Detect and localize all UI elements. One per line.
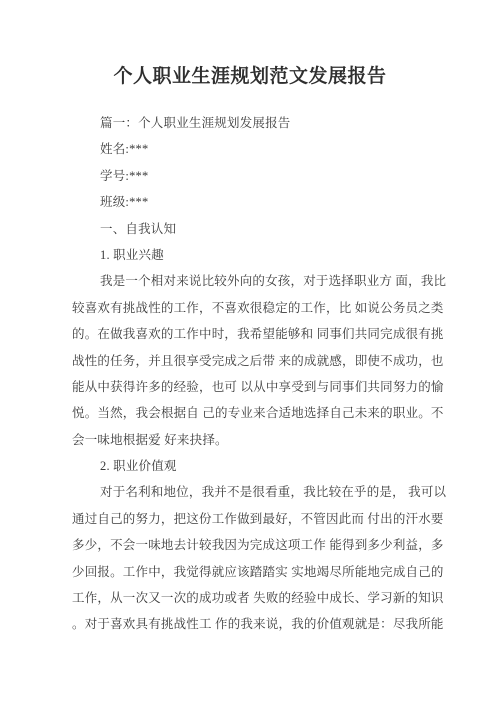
text-line: 姓名:*** <box>72 136 438 162</box>
text-line: 悦。当然，我会根据自 己的专业来合适地选择自己未来的职业。不 <box>72 400 438 426</box>
text-line: 对于名利和地位，我并不是很看重，我比较在乎的是， 我可以 <box>72 479 438 505</box>
text-line: 少回报。工作中，我觉得就应该踏踏实 实地竭尽所能地完成自己的 <box>72 559 438 585</box>
text-line: 通过自己的努力，把这份工作做到最好，不管因此而 付出的汗水要 <box>72 506 438 532</box>
text-line: 1. 职业兴趣 <box>72 242 438 268</box>
text-line: 2. 职业价值观 <box>72 453 438 479</box>
document-body: 篇一：个人职业生涯规划发展报告姓名:***学号:***班级:***一、自我认知1… <box>72 110 438 638</box>
text-line: 一、自我认知 <box>72 216 438 242</box>
text-line: 学号:*** <box>72 163 438 189</box>
text-line: 。对于喜欢具有挑战性工 作的我来说，我的价值观就是：尽我所能 <box>72 611 438 637</box>
text-line: 会一味地根据爱 好来抉择。 <box>72 427 438 453</box>
document-title: 个人职业生涯规划范文发展报告 <box>0 61 500 88</box>
text-line: 战性的任务，并且很享受完成之后带 来的成就感，即使不成功，也 <box>72 348 438 374</box>
text-line: 较喜欢有挑战性的工作，不喜欢很稳定的工作，比 如说公务员之类 <box>72 295 438 321</box>
text-line: 班级:*** <box>72 189 438 215</box>
document-page: 个人职业生涯规划范文发展报告 篇一：个人职业生涯规划发展报告姓名:***学号:*… <box>0 0 500 708</box>
text-line: 多少，不会一味地去计较我因为完成这项工作 能得到多少利益，多 <box>72 532 438 558</box>
text-line: 的。在做我喜欢的工作中时，我希望能够和 同事们共同完成很有挑 <box>72 321 438 347</box>
text-line: 能从中获得许多的经验，也可 以从中享受到与同事们共同努力的愉 <box>72 374 438 400</box>
text-line: 我是一个相对来说比较外向的女孩，对于选择职业方 面，我比 <box>72 268 438 294</box>
text-line: 工作，从一次又一次的成功或者 失败的经验中成长、学习新的知识 <box>72 585 438 611</box>
text-line: 篇一：个人职业生涯规划发展报告 <box>72 110 438 136</box>
